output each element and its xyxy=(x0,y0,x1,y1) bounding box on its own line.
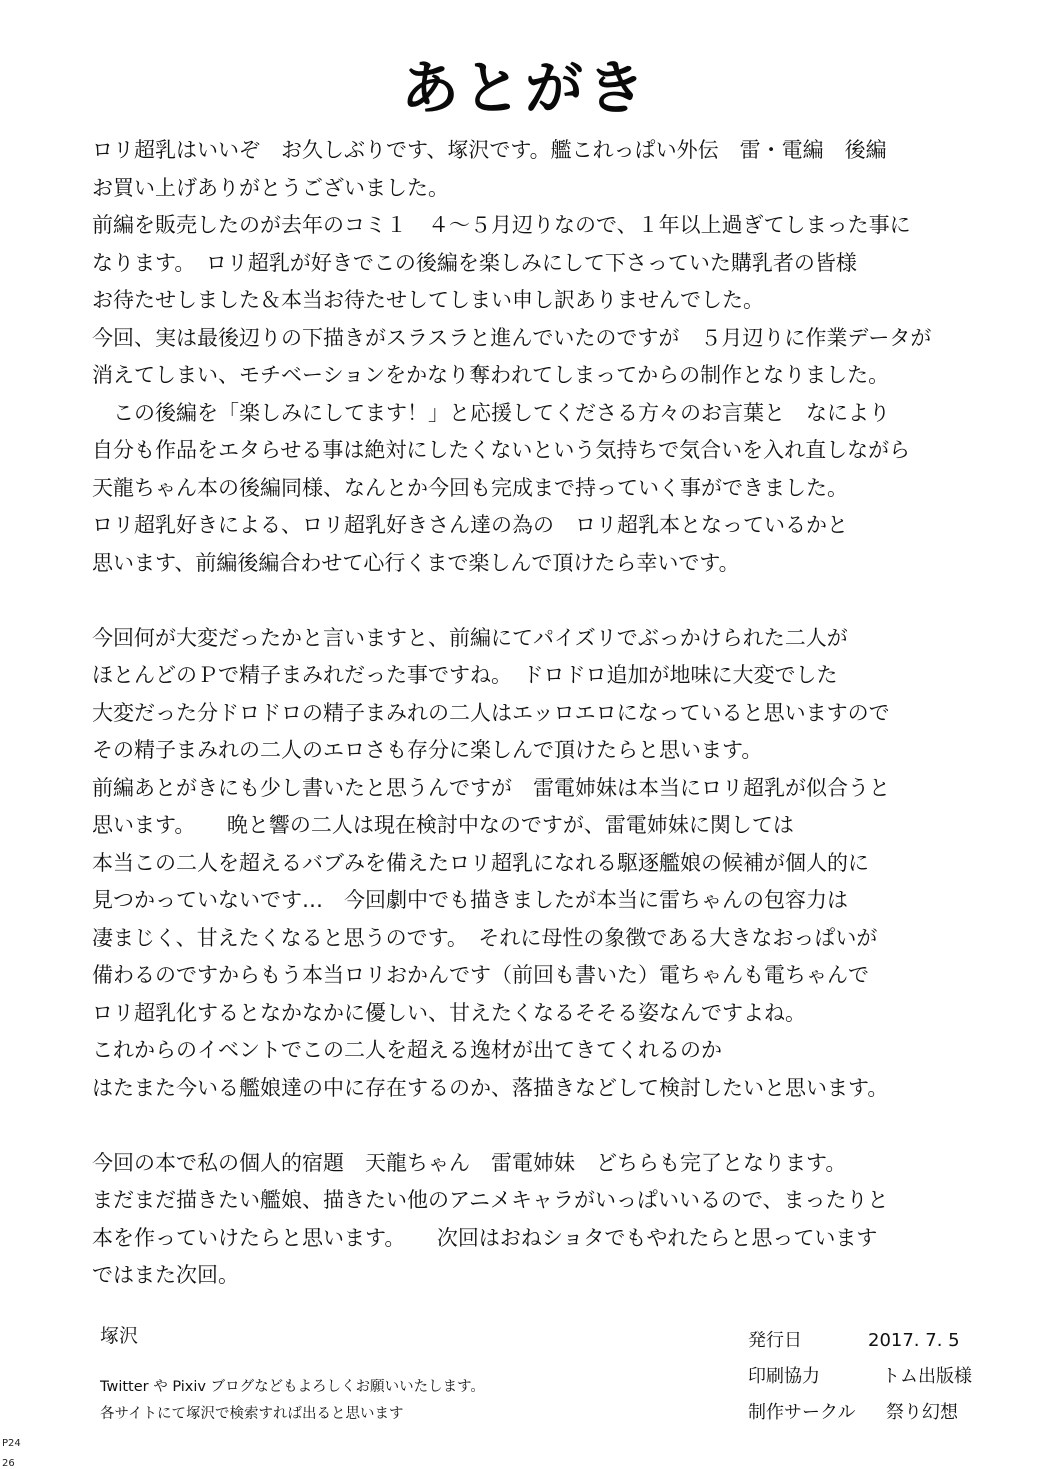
colophon-label: 発行日 xyxy=(748,1323,866,1359)
text-line: ではまた次回。 xyxy=(92,1257,992,1295)
page-title: あとがき xyxy=(0,52,1050,124)
page-number: P24 xyxy=(2,1438,21,1450)
search-note: 各サイトにて塚沢で検索すれば出ると思います xyxy=(100,1403,403,1425)
afterword-body: ロリ超乳はいいぞ お久しぶりです、塚沢です。艦これっぱい外伝 雷・電編 後編 お… xyxy=(92,132,992,1295)
text-line: これからのイベントでこの二人を超える逸材が出てきてくれるのか xyxy=(92,1032,992,1070)
text-line: 凄まじく、甘えたくなると思うのです。 それに母性の象徴である大きなおっぱいが xyxy=(92,920,992,958)
social-note: Twitter や Pixiv ブログなどもよろしくお願いいたします。 xyxy=(100,1376,485,1398)
text-line: 自分も作品をエタらせる事は絶対にしたくないという気持ちで気合いを入れ直しながら xyxy=(92,432,992,470)
paragraph-spacer xyxy=(92,582,992,620)
text-line: まだまだ描きたい艦娘、描きたい他のアニメキャラがいっぱいいるので、まったりと xyxy=(92,1182,992,1220)
colophon-row-printing: 印刷協力 トム出版様 xyxy=(748,1359,1028,1395)
text-line: 見つかっていないです… 今回劇中でも描きましたが本当に雷ちゃんの包容力は xyxy=(92,882,992,920)
colophon-label: 制作サークル xyxy=(748,1395,886,1431)
colophon: 発行日 2017. 7. 5 印刷協力 トム出版様 制作サークル 祭り幻想 xyxy=(748,1323,1028,1431)
page-index: 26 xyxy=(2,1458,15,1469)
text-line: ロリ超乳はいいぞ お久しぶりです、塚沢です。艦これっぱい外伝 雷・電編 後編 xyxy=(92,132,992,170)
text-line: 思います。 晩と響の二人は現在検討中なのですが、雷電姉妹に関しては xyxy=(92,807,992,845)
text-line: 今回何が大変だったかと言いますと、前編にてパイズリでぶっかけられた二人が xyxy=(92,620,992,658)
text-line: 前編あとがきにも少し書いたと思うんですが 雷電姉妹は本当にロリ超乳が似合うと xyxy=(92,770,992,808)
colophon-label: 印刷協力 xyxy=(748,1359,866,1395)
text-line: この後編を「楽しみにしてます！」と応援してくださる方々のお言葉と なにより xyxy=(92,395,992,433)
text-line: 備わるのですからもう本当ロリおかんです（前回も書いた）電ちゃんも電ちゃんで xyxy=(92,957,992,995)
text-line: 消えてしまい、モチベーションをかなり奪われてしまってからの制作となりました。 xyxy=(92,357,992,395)
paragraph-spacer xyxy=(92,1107,992,1145)
colophon-row-circle: 制作サークル 祭り幻想 xyxy=(748,1395,1028,1431)
text-line: ほとんどのＰで精子まみれだった事ですね。 ドロドロ追加が地味に大変でした xyxy=(92,657,992,695)
text-line: その精子まみれの二人のエロさも存分に楽しんで頂けたらと思います。 xyxy=(92,732,992,770)
text-line: 本を作っていけたらと思います。 次回はおねショタでもやれたらと思っています xyxy=(92,1220,992,1258)
colophon-row-publish-date: 発行日 2017. 7. 5 xyxy=(748,1323,1028,1359)
text-line: 本当この二人を超えるバブみを備えたロリ超乳になれる駆逐艦娘の候補が個人的に xyxy=(92,845,992,883)
text-line: ロリ超乳化するとなかなかに優しい、甘えたくなるそそる姿なんですよね。 xyxy=(92,995,992,1033)
author-signature: 塚沢 xyxy=(100,1322,138,1350)
text-line: お買い上げありがとうございました。 xyxy=(92,170,992,208)
text-line: 今回の本で私の個人的宿題 天龍ちゃん 雷電姉妹 どちらも完了となります。 xyxy=(92,1145,992,1183)
text-line: 思います、前編後編合わせて心行くまで楽しんで頂けたら幸いです。 xyxy=(92,545,992,583)
text-line: なります。 ロリ超乳が好きでこの後編を楽しみにして下さっていた購乳者の皆様 xyxy=(92,245,992,283)
text-line: 大変だった分ドロドロの精子まみれの二人はエッロエロになっていると思いますので xyxy=(92,695,992,733)
text-line: 前編を販売したのが去年のコミ１ ４～５月辺りなので、１年以上過ぎてしまった事に xyxy=(92,207,992,245)
text-line: 今回、実は最後辺りの下描きがスラスラと進んでいたのですが ５月辺りに作業データが xyxy=(92,320,992,358)
text-line: お待たせしました＆本当お待たせしてしまい申し訳ありませんでした。 xyxy=(92,282,992,320)
paragraph-1: ロリ超乳はいいぞ お久しぶりです、塚沢です。艦これっぱい外伝 雷・電編 後編 お… xyxy=(92,132,992,582)
colophon-value: 祭り幻想 xyxy=(886,1395,958,1431)
text-line: はたまた今いる艦娘達の中に存在するのか、落描きなどして検討したいと思います。 xyxy=(92,1070,992,1108)
paragraph-3: 今回の本で私の個人的宿題 天龍ちゃん 雷電姉妹 どちらも完了となります。 まだま… xyxy=(92,1145,992,1295)
colophon-value: トム出版様 xyxy=(882,1359,972,1395)
text-line: ロリ超乳好きによる、ロリ超乳好きさん達の為の ロリ超乳本となっているかと xyxy=(92,507,992,545)
colophon-value: 2017. 7. 5 xyxy=(868,1323,960,1359)
text-line: 天龍ちゃん本の後編同様、なんとか今回も完成まで持っていく事ができました。 xyxy=(92,470,992,508)
paragraph-2: 今回何が大変だったかと言いますと、前編にてパイズリでぶっかけられた二人が ほとん… xyxy=(92,620,992,1108)
